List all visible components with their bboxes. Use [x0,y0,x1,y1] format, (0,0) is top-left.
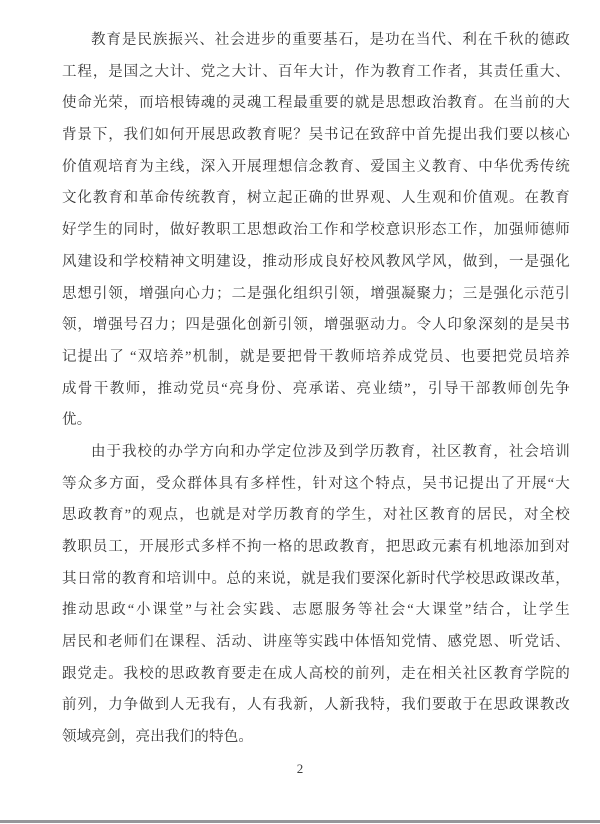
document-page: 教育是民族振兴、社会进步的重要基石，是功在当代、利在千秋的德政工程，是国之大计、… [0,0,600,824]
text-line: 背景下，我们如何开展思政教育呢？吴书记在致辞中首先提出我们要以核心 [62,120,570,152]
text-line: 成骨干教师，推动党员“亮身份、亮承诺、亮业绩”，引导干部教师创先争 [62,374,570,406]
paragraph: 教育是民族振兴、社会进步的重要基石，是功在当代、利在千秋的德政工程，是国之大计、… [62,25,570,437]
text-line: 思政教育”的观点，也就是对学历教育的学生，对社区教育的居民，对全校 [62,500,570,532]
text-line: 跟党走。我校的思政教育要走在成人高校的前列，走在相关社区教育学院的 [62,659,570,691]
paragraph: 由于我校的办学方向和办学定位涉及到学历教育，社区教育，社会培训等众多方面，受众群… [62,437,570,754]
text-line: 记提出了 “双培养”机制，就是要把骨干教师培养成党员、也要把党员培养 [62,342,570,374]
text-line: 由于我校的办学方向和办学定位涉及到学历教育，社区教育，社会培训 [62,437,570,469]
text-line: 使命光荣，而培根铸魂的灵魂工程最重要的就是思想政治教育。在当前的大 [62,88,570,120]
text-line: 前列，力争做到人无我有，人有我新，人新我特，我们要敢于在思政课教改 [62,690,570,722]
text-line: 领域亮剑，亮出我们的特色。 [62,722,570,754]
text-line: 文化教育和革命传统教育，树立起正确的世界观、人生观和价值观。在教育 [62,183,570,215]
text-line: 思想引领，增强向心力；二是强化组织引领，增强凝聚力；三是强化示范引 [62,279,570,311]
text-line: 其日常的教育和培训中。总的来说，就是我们要深化新时代学校思政课改革， [62,564,570,596]
text-line: 居民和老师们在课程、活动、讲座等实践中体悟知党情、感党恩、听党话、 [62,627,570,659]
text-line: 工程，是国之大计、党之大计、百年大计，作为教育工作者，其责任重大、 [62,57,570,89]
text-line: 价值观培育为主线，深入开展理想信念教育、爱国主义教育、中华优秀传统 [62,152,570,184]
text-line: 等众多方面，受众群体具有多样性，针对这个特点，吴书记提出了开展“大 [62,469,570,501]
text-line: 好学生的同时，做好教职工思想政治工作和学校意识形态工作，加强师德师 [62,215,570,247]
text-line: 风建设和学校精神文明建设，推动形成良好校风教风学风，做到，一是强化 [62,247,570,279]
page-bottom-edge [0,820,600,823]
document-body: 教育是民族振兴、社会进步的重要基石，是功在当代、利在千秋的德政工程，是国之大计、… [62,25,570,754]
text-line: 教职员工，开展形式多样不拘一格的思政教育，把思政元素有机地添加到对 [62,532,570,564]
text-line: 教育是民族振兴、社会进步的重要基石，是功在当代、利在千秋的德政 [62,25,570,57]
text-line: 优。 [62,405,570,437]
text-line: 领，增强号召力；四是强化创新引领，增强驱动力。令人印象深刻的是吴书 [62,310,570,342]
text-line: 推动思政“小课堂”与社会实践、志愿服务等社会“大课堂”结合，让学生 [62,595,570,627]
page-number: 2 [0,760,600,778]
